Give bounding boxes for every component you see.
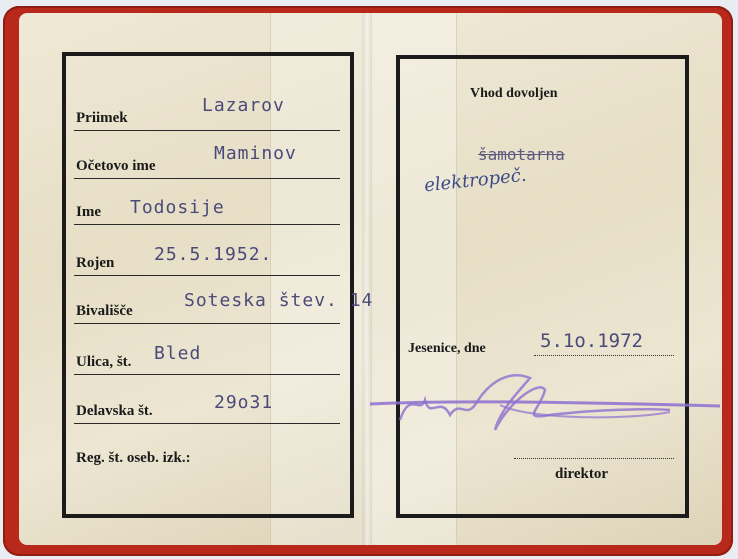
entry-permitted-title: Vhod dovoljen: [470, 86, 558, 102]
field-value: 29o31: [214, 392, 273, 413]
field-first-name: Ime Todosije: [74, 184, 340, 225]
field-fathers-name: Očetovo ime Maminov: [74, 138, 340, 179]
field-value: Todosije: [130, 197, 225, 218]
signature-dotted-line: [514, 458, 674, 459]
field-value: Lazarov: [202, 95, 285, 116]
field-born: Rojen 25.5.1952.: [74, 235, 340, 276]
field-label: Delavska št.: [76, 403, 153, 420]
date-dotted-line: [534, 355, 674, 356]
field-residence: Bivališče Soteska štev. 14: [74, 283, 340, 324]
date-value: 5.1o.1972: [540, 330, 643, 352]
field-value: Bled: [154, 343, 201, 364]
field-label: Bivališče: [76, 303, 133, 320]
field-label: Ulica, št.: [76, 354, 131, 371]
field-label: Reg. št. oseb. izk.:: [76, 450, 191, 467]
field-street: Ulica, št. Bled: [74, 334, 340, 375]
field-value: Maminov: [214, 143, 297, 164]
field-label: Očetovo ime: [76, 158, 156, 175]
field-surname: Priimek Lazarov: [74, 90, 340, 131]
field-label: Priimek: [76, 110, 128, 127]
signature-label: direktor: [555, 466, 608, 483]
field-label: Ime: [76, 204, 101, 221]
field-label: Rojen: [76, 255, 114, 272]
field-value: Soteska štev. 14: [184, 290, 373, 311]
field-worker-number: Delavska št. 29o31: [74, 383, 340, 424]
field-value: 25.5.1952.: [154, 244, 272, 265]
director-signature: [370, 360, 720, 450]
booklet-fold: [362, 13, 372, 545]
field-id-reg-number: Reg. št. oseb. izk.:: [74, 430, 340, 470]
date-label: Jesenice, dne: [408, 341, 486, 357]
struck-workplace: šamotarna: [478, 145, 565, 164]
